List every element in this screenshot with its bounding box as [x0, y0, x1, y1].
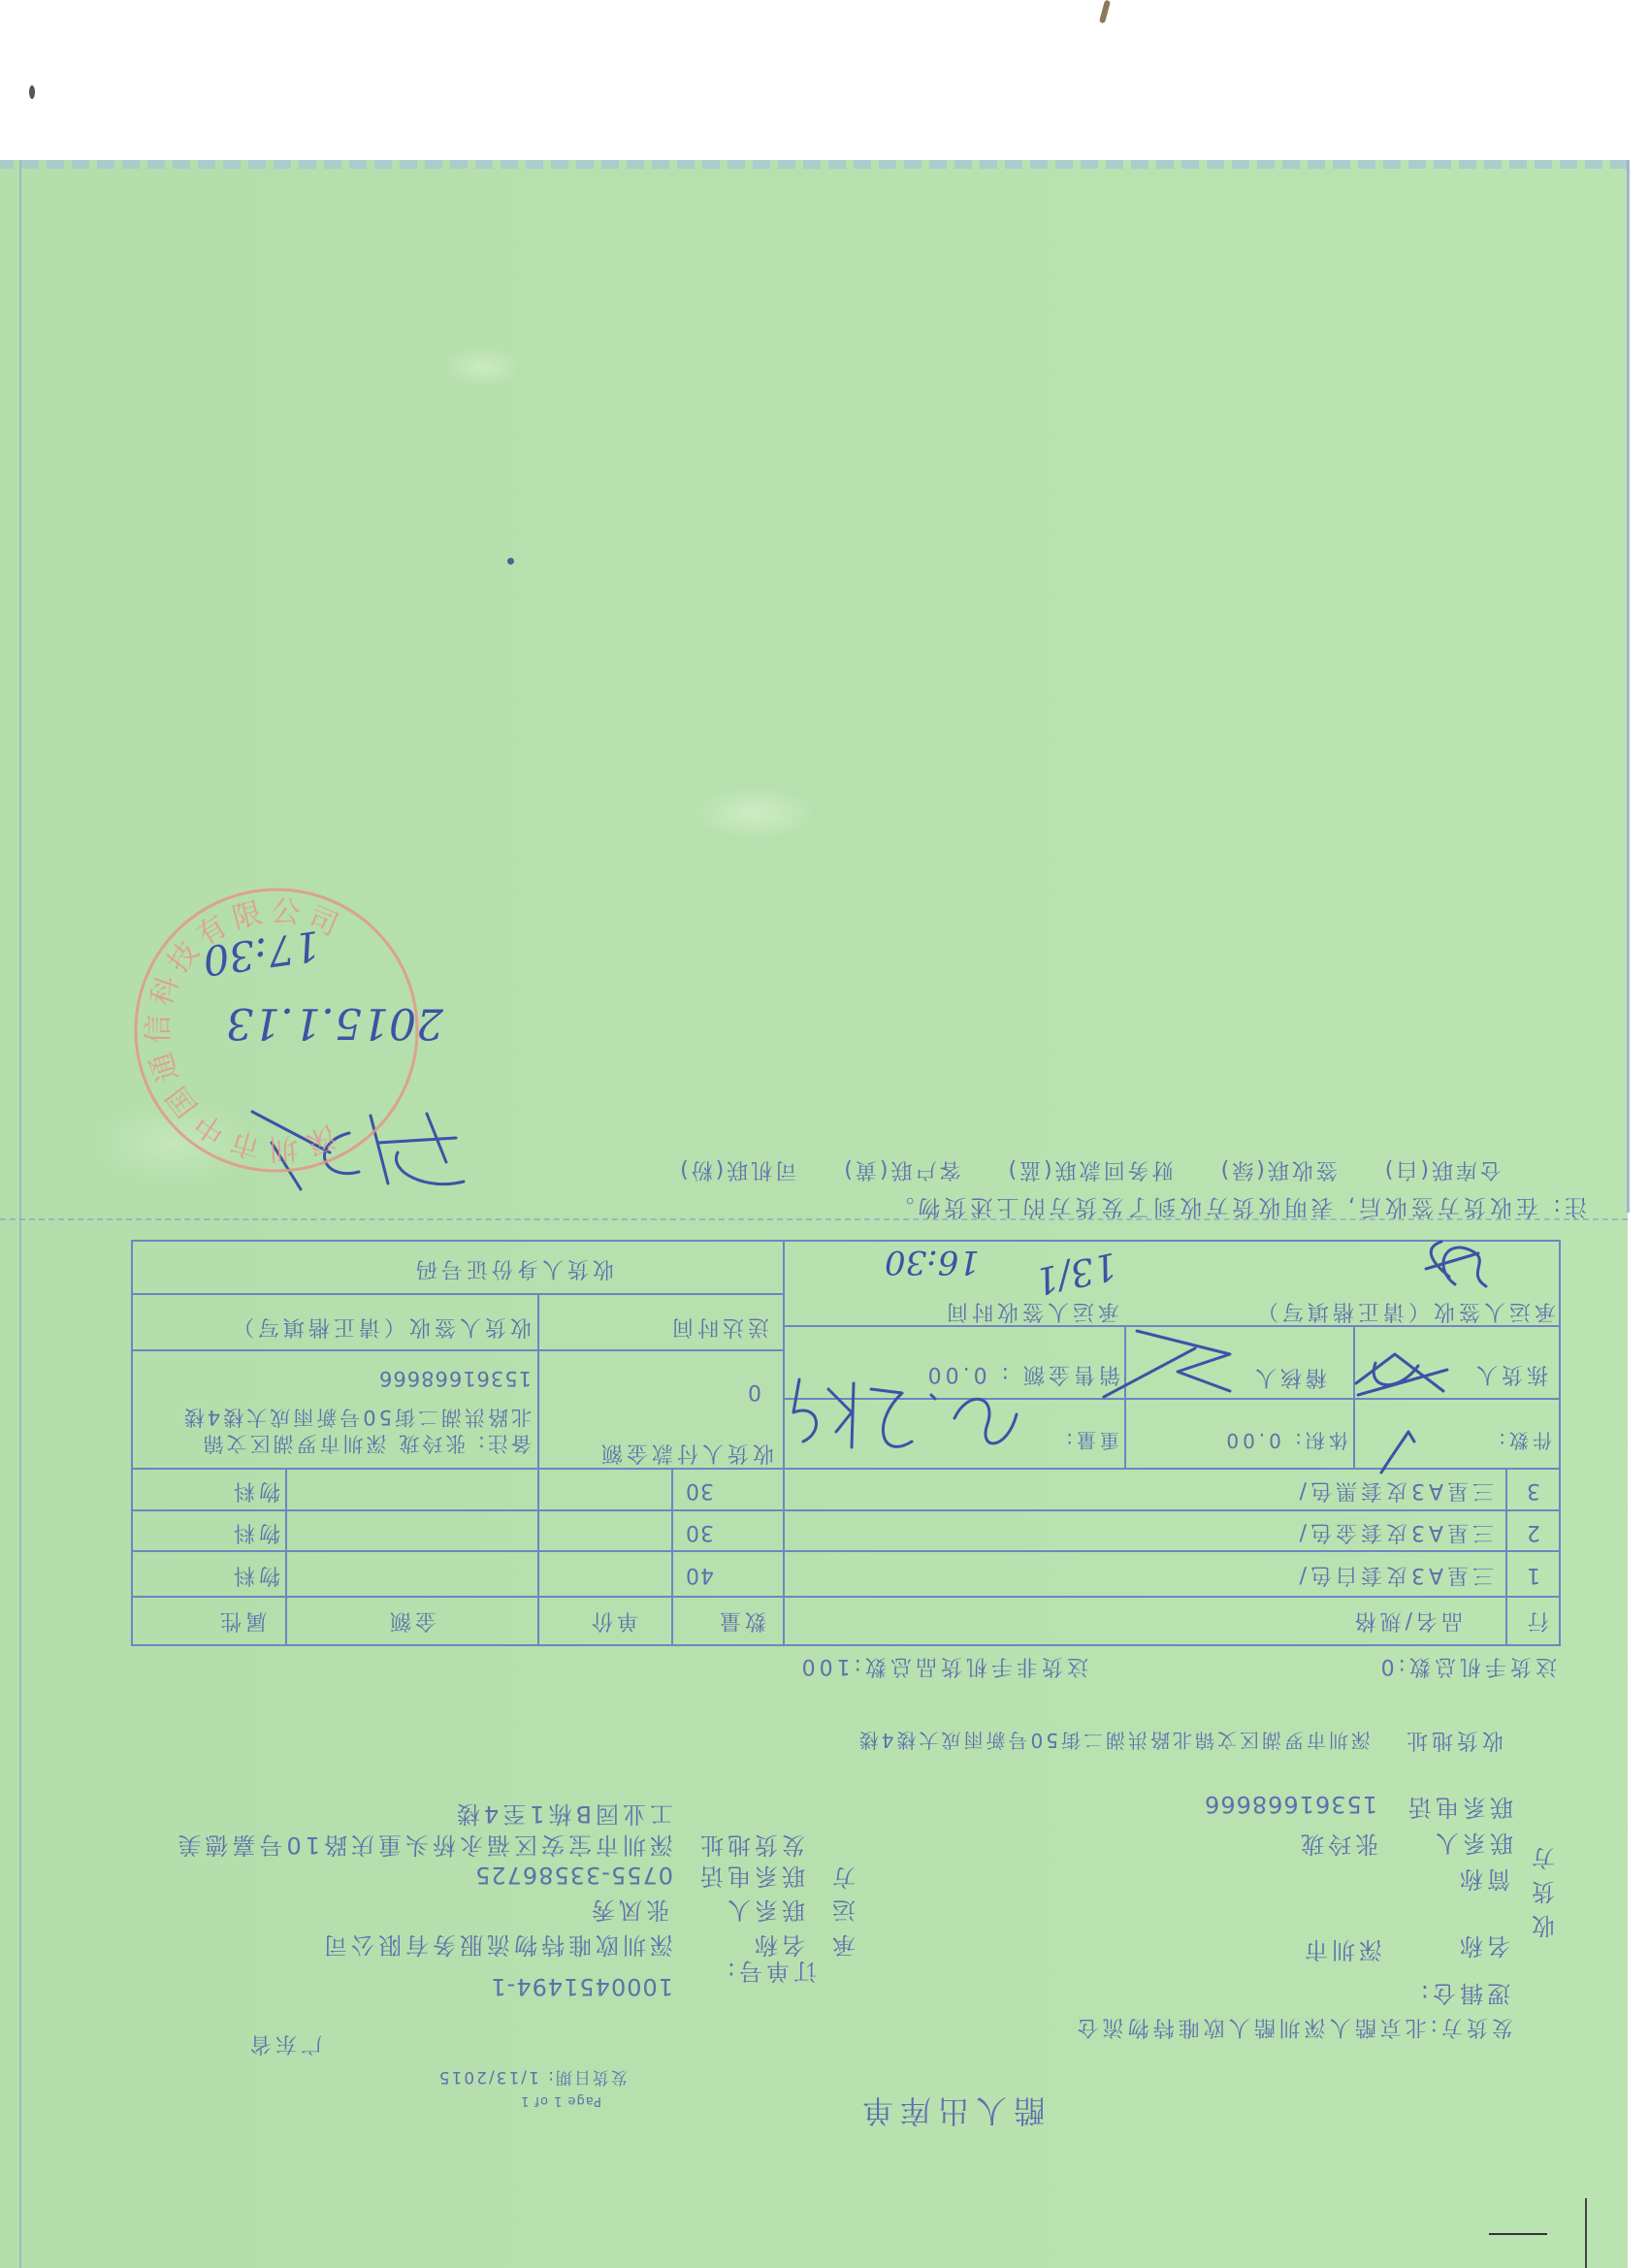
pieces-label: 件数:: [1495, 1431, 1552, 1450]
document-title: 酷人出库单: [856, 2095, 1045, 2126]
receiver-short-label: 简称: [1456, 1867, 1510, 1891]
weight-label: 重量:: [1062, 1431, 1119, 1450]
ship-date: 发货日期: 1/13/2015: [437, 2068, 628, 2085]
table-rule: [131, 1596, 1561, 1598]
carrier-name: 深圳欧唯特物流服务有限公司: [320, 1933, 673, 1957]
delivery-note-sheet: 酷人出库单 Page 1 of 1 发货日期: 1/13/2015 发货方:北京…: [0, 0, 1649, 2268]
table-rule: [671, 1470, 673, 1646]
table-rule: [537, 1295, 539, 1646]
volume-value: 体积: 0.00: [1222, 1431, 1348, 1450]
carrier-sign-label: 承运人签收（请正楷填写）: [1253, 1300, 1556, 1321]
payment-label: 收货人付款金额: [598, 1442, 774, 1463]
auditor-label: 稽核人: [1251, 1366, 1327, 1387]
perforation-edge: [0, 160, 1628, 169]
corner-mark: [1489, 2233, 1547, 2235]
delivery-address: 深圳市罗湖区文锦北路洪湖二街50号新雨成大楼4楼: [857, 1731, 1371, 1750]
column-header-line: 行: [1524, 1609, 1549, 1631]
order-number-label: 订单号:: [724, 1960, 817, 1983]
column-header-item: 品名/规格: [1351, 1609, 1463, 1631]
table-rule: [131, 1293, 785, 1295]
table-rule: [285, 1470, 287, 1646]
delivery-address-label: 收货地址: [1403, 1729, 1503, 1750]
non-phone-count: 这货非手机货品总数:100: [798, 1655, 1088, 1676]
column-header-price: 单价: [588, 1609, 638, 1631]
carrier-section-label: 方: [828, 1865, 856, 1889]
copy-driver: 司机联(粉): [677, 1156, 796, 1186]
table-rule: [131, 1550, 1561, 1552]
receiver-contact: 张玲珑: [1297, 1832, 1378, 1856]
table-row-qty: 30: [685, 1521, 714, 1542]
carrier-contact-label: 联系人: [724, 1898, 805, 1922]
remarks-line: 北路洪湖二街50号新雨成大楼4楼: [181, 1407, 532, 1427]
table-row-qty: 40: [685, 1564, 714, 1585]
carrier-name-label: 名称: [751, 1933, 805, 1957]
province: 广东省: [246, 2032, 322, 2054]
remarks-line: 15361668666: [378, 1368, 532, 1388]
carrier-address-line2: 工业园B栋1至4楼: [453, 1802, 673, 1826]
copy-customer: 客户联(黄): [841, 1156, 960, 1186]
receiver-phone: 15361668666: [1204, 1793, 1377, 1816]
table-rule: [131, 1349, 785, 1351]
ink-dot: [507, 558, 514, 565]
carrier-address-line1: 深圳市宝安区福永桥头重庆路10号嘉德美: [174, 1833, 673, 1857]
table-row-attr: 物料: [230, 1479, 280, 1501]
receiver-contact-label: 联系人: [1432, 1831, 1513, 1855]
table-row-attr: 物料: [230, 1521, 280, 1542]
table-row-item: 三星A3皮套黑色/: [1296, 1479, 1494, 1501]
table-rule: [1353, 1327, 1355, 1470]
table-row-qty: 30: [685, 1479, 714, 1501]
receiver-name-label: 名称: [1456, 1934, 1510, 1958]
remarks-line: 备注: 张玲珑 深圳市罗湖区文锦: [201, 1433, 532, 1453]
copy-legend: 仓库联(白) 签收联(绿) 财务回款联(蓝) 客户联(黄) 司机联(粉): [677, 1156, 1502, 1186]
table-row-item: 三星A3皮套金色/: [1296, 1521, 1494, 1542]
table-rule: [783, 1240, 785, 1646]
phone-count: 这货手机总数:0: [1377, 1655, 1557, 1676]
sales-amount: 销售金额 : 0.00: [924, 1363, 1120, 1384]
table-row-line: 3: [1523, 1479, 1540, 1501]
receiver-section-label: 方: [1528, 1846, 1555, 1869]
carrier-sign-time-label: 承运人签收时间: [943, 1300, 1119, 1321]
column-header-attr: 属性: [216, 1609, 267, 1631]
receiver-id-label: 收货人身份证号码: [412, 1257, 614, 1279]
table-row-attr: 物料: [230, 1564, 280, 1585]
receipt-note: 注: 在收货方签收后, 表明收货方收到了发货方的上述货物。: [888, 1195, 1587, 1217]
table-rule: [1124, 1327, 1126, 1470]
receiver-name: 深圳市: [1301, 1938, 1382, 1961]
logic-warehouse-label: 逻辑仓:: [1417, 1982, 1510, 2005]
table-rule: [1505, 1470, 1507, 1646]
column-header-amount: 金额: [386, 1609, 436, 1631]
carrier-section-label: 运: [828, 1898, 856, 1922]
table-row-line: 2: [1523, 1521, 1540, 1542]
shipper: 发货方:北京酷人深圳酷人欧唯特物流仓: [1074, 2016, 1513, 2037]
paper-edge-line: [19, 160, 21, 2268]
page-info: Page 1 of 1: [520, 2094, 601, 2107]
table-rule: [131, 1468, 1561, 1470]
receiver-phone-label: 联系电话: [1405, 1796, 1513, 1819]
carrier-section-label: 承: [828, 1933, 856, 1957]
table-row-line: 1: [1523, 1564, 1540, 1585]
picker-label: 拣货人: [1472, 1363, 1548, 1384]
receiver-section-label: 收: [1528, 1914, 1555, 1937]
handwritten-sign-time: 16:30: [885, 1246, 980, 1279]
delivery-time-label: 送达时间: [668, 1315, 769, 1337]
carrier-phone-label: 联系电话: [696, 1864, 805, 1888]
table-row-item: 三星A3皮套白色/: [1296, 1564, 1494, 1585]
paper-edge-line: [1627, 160, 1630, 1213]
table-rule: [131, 1509, 1561, 1511]
receiver-sign-label: 收货人签收（请正楷填写）: [229, 1315, 532, 1337]
handwritten-stamp-date: 2015.1.13: [226, 1001, 443, 1044]
receiver-section-label: 货: [1528, 1880, 1555, 1903]
table-rule: [785, 1398, 1561, 1400]
copy-finance: 财务回款联(蓝): [1005, 1156, 1173, 1186]
table-rule: [785, 1325, 1561, 1327]
payment-value: 0: [744, 1380, 761, 1402]
copy-warehouse: 仓库联(白): [1382, 1156, 1502, 1186]
carrier-address-label: 发货地址: [696, 1833, 805, 1857]
copy-signoff: 签收联(绿): [1218, 1156, 1338, 1186]
column-header-qty: 数量: [716, 1609, 766, 1631]
carrier-phone: 0755-33586725: [474, 1863, 673, 1887]
order-number: 1000451494-1: [490, 1975, 673, 1998]
corner-mark: [1585, 2198, 1587, 2268]
carrier-contact: 张凤秀: [588, 1898, 669, 1922]
